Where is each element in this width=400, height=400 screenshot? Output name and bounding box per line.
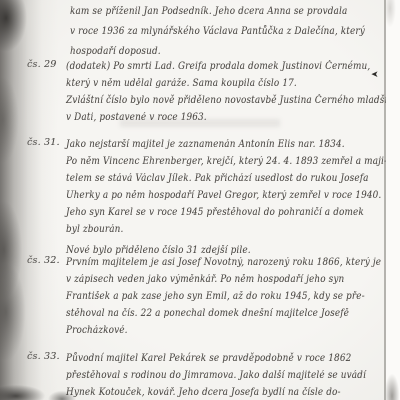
text-line: Prvním majitelem je asi Josef Novotný, n… xyxy=(66,254,349,271)
entry-cs-29: čs. 29 (dodatek) Po smrti Lad. Greifa pr… xyxy=(0,58,400,126)
entry-text: Prvním majitelem je asi Josef Novotný, n… xyxy=(66,254,388,339)
text-line: telem se stává Václav Jílek. Pak přicház… xyxy=(66,170,349,187)
text-line: v roce 1936 za mlynářského Václava Pantů… xyxy=(70,22,352,42)
pen-arrow-mark-icon: ➤ xyxy=(371,70,379,80)
text-line: stěhoval na čís. 22 a ponechal domek dne… xyxy=(66,305,349,322)
text-line: Jako nejstarší majitel je zaznamenán Ant… xyxy=(66,136,349,153)
text-line: František a pak zase jeho syn Emil, až d… xyxy=(66,288,349,305)
entry-cs-31: čs. 31. Jako nejstarší majitel je zaznam… xyxy=(0,136,400,259)
paragraph-continuation: kam se příženil Jan Podsedník. Jeho dcer… xyxy=(70,2,390,62)
text-line: kam se příženil Jan Podsedník. Jeho dcer… xyxy=(70,2,352,22)
entry-label: čs. 31. xyxy=(27,137,60,148)
entry-text: (dodatek) Po smrti Lad. Greifa prodala d… xyxy=(66,58,388,126)
text-line: Procházkové. xyxy=(66,322,349,339)
entry-cs-32: čs. 32. Prvním majitelem je asi Josef No… xyxy=(0,254,400,339)
scanned-document-page: kam se příženil Jan Podsedník. Jeho dcer… xyxy=(0,0,400,400)
text-line: (dodatek) Po smrti Lad. Greifa prodala d… xyxy=(66,58,349,75)
entry-text: Jako nejstarší majitel je zaznamenán Ant… xyxy=(66,136,388,259)
text-line: přestěhoval s rodinou do Jimramova. Jako… xyxy=(66,367,349,384)
entry-label: čs. 33. xyxy=(27,351,60,362)
text-line: Hynek Kotouček, kovář. Jeho dcera Josefa… xyxy=(66,384,349,400)
text-line: Uherky a po něm hospodaří Pavel Gregor, … xyxy=(66,187,349,204)
entry-text: Původní majitel Karel Pekárek se pravděp… xyxy=(66,350,388,400)
entry-label: čs. 32. xyxy=(27,255,60,266)
text-line: Jeho syn Karel se v roce 1945 přestěhova… xyxy=(66,204,349,221)
text-line: Po něm Vincenc Ehrenberger, krejčí, kter… xyxy=(66,153,349,170)
text-line: který v něm udělal garáže. Sama koupila … xyxy=(66,75,349,92)
faint-erased-smudge xyxy=(120,119,280,127)
text-line: byl zbourán. xyxy=(66,221,349,238)
entry-cs-33: čs. 33. Původní majitel Karel Pekárek se… xyxy=(0,350,400,400)
text-line: Zvláštní číslo bylo nově přiděleno novos… xyxy=(66,92,349,109)
text-line: v zápisech veden jako výměnkář. Po něm h… xyxy=(66,271,349,288)
text-line: Původní majitel Karel Pekárek se pravděp… xyxy=(66,350,349,367)
entry-label: čs. 29 xyxy=(27,59,57,70)
